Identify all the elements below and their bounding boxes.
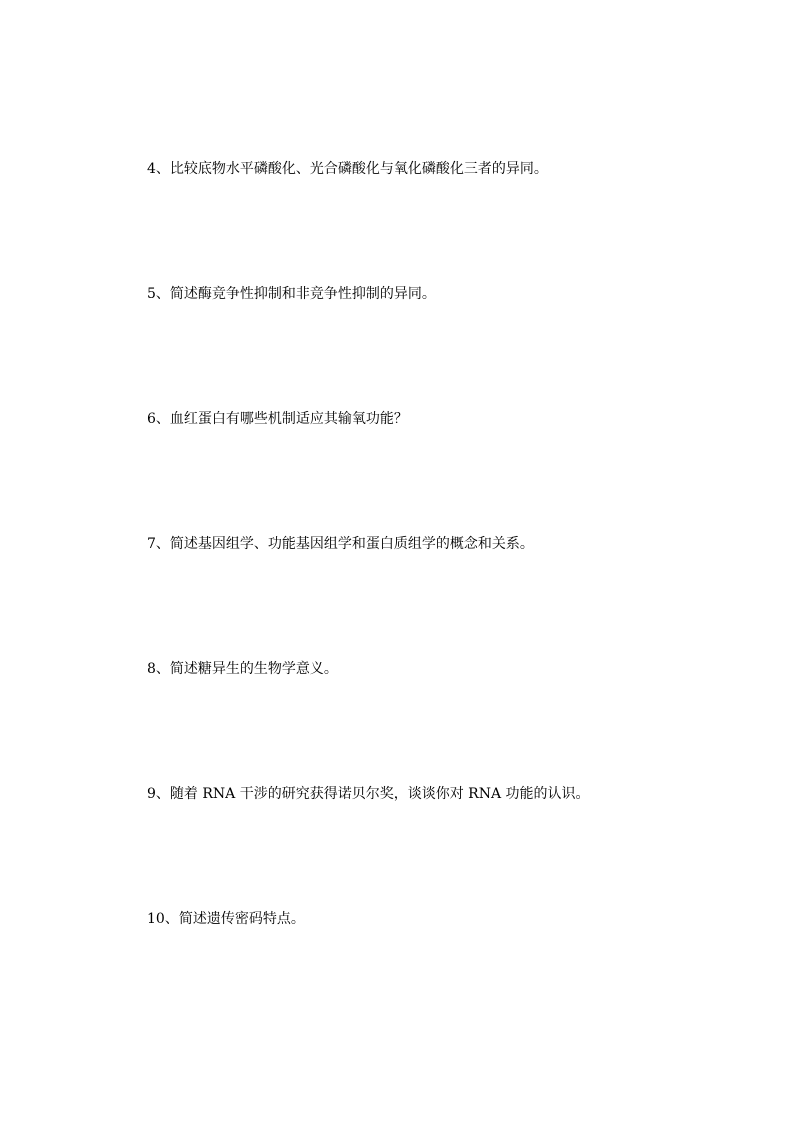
question-6: 6、血红蛋白有哪些机制适应其输氧功能？ — [147, 411, 734, 428]
question-4: 4、比较底物水平磷酸化、光合磷酸化与氧化磷酸化三者的异同。 — [147, 161, 734, 178]
question-8: 8、简述糖异生的生物学意义。 — [147, 661, 734, 678]
question-10: 10、简述遗传密码特点。 — [147, 911, 734, 928]
question-9: 9、随着 RNA 干涉的研究获得诺贝尔奖，谈谈你对 RNA 功能的认识。 — [147, 786, 734, 803]
document-page: 4、比较底物水平磷酸化、光合磷酸化与氧化磷酸化三者的异同。 5、简述酶竞争性抑制… — [0, 0, 794, 1123]
question-7: 7、简述基因组学、功能基因组学和蛋白质组学的概念和关系。 — [147, 536, 734, 553]
question-5: 5、简述酶竞争性抑制和非竞争性抑制的异同。 — [147, 286, 734, 303]
